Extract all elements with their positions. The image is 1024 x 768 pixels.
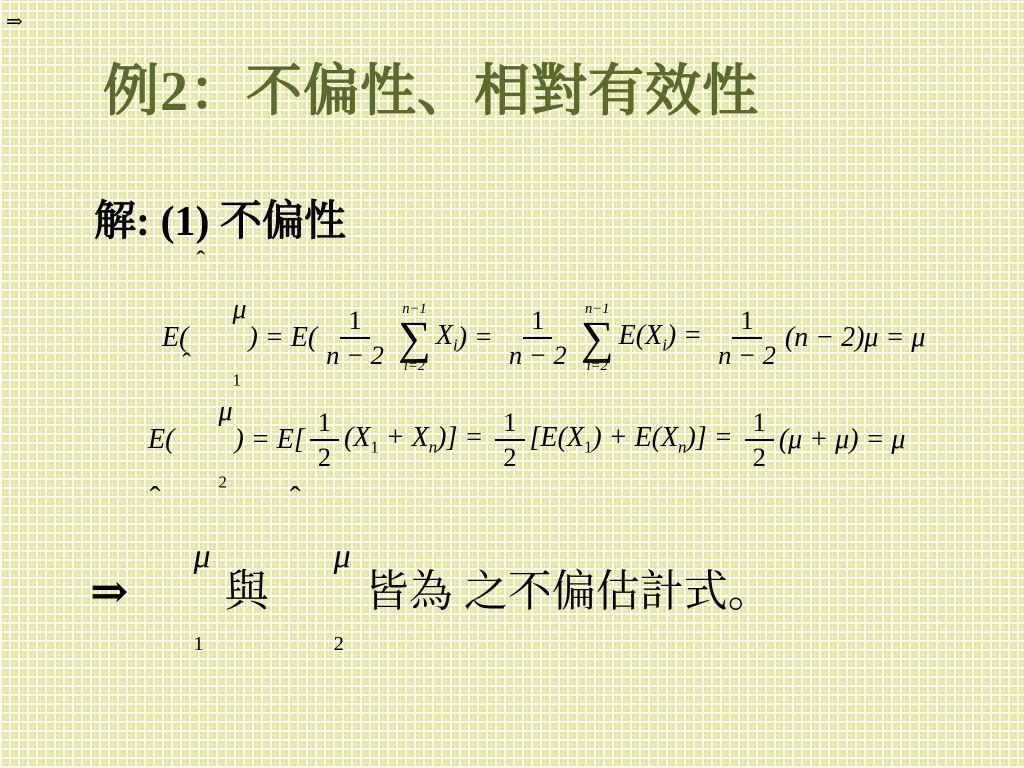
sigma-icon: ∑ [581,317,614,359]
sum-lower-limit: i=2 [404,359,425,374]
mu-symbol: μ [232,294,246,325]
mu-hat-1-symbol: μ ˆ 1 [143,493,211,692]
math-token: )] = [437,422,490,453]
summation-symbol: n−1 ∑ i=2 [581,302,614,374]
math-token: E(X [619,320,663,351]
math-token: ) = [458,323,500,354]
hat-accent-icon: ˆ [182,349,191,376]
X1-plus-Xn-group: (X1 + Xn)] = [344,423,490,456]
conclusion-line: ⇒ μ ˆ 1 與 μ ˆ 2 皆為 之不偏估計式。 [90,556,772,628]
hat-accent-icon: ˆ [290,482,301,514]
subscript: 1 [370,438,378,457]
formula-expectation-mu1: E( μ ˆ 1 ) = E( 1 n − 2 n−1 ∑ i=2 Xi ) =… [162,288,925,388]
math-token: (μ + μ) = μ [779,425,906,456]
fraction-1-over-n-minus-2: 1 n − 2 [505,305,571,370]
slide-canvas: ⇒ 例2：不偏性、相對有效性 解: (1) 不偏性 E( μ ˆ 1 ) = E… [0,0,1024,768]
corner-implies-arrow-icon[interactable]: ⇒ [6,12,23,32]
subscript: n [678,438,686,457]
math-token: ) = E( [249,323,318,354]
fraction-numerator: 1 [745,407,774,441]
math-token: [E(X [530,422,584,453]
solution-heading: 解: (1) 不偏性 [94,198,346,246]
hat-accent-icon: ˆ [196,247,205,274]
fraction-denominator: 2 [749,441,770,473]
fraction-denominator: n − 2 [322,339,388,371]
math-token: + X [379,422,429,453]
fraction-denominator: 2 [499,441,520,473]
math-token: )] = [687,422,740,453]
fraction-numerator: 1 [732,305,761,339]
fraction-denominator: n − 2 [714,339,780,371]
fraction-1-over-n-minus-2: 1 n − 2 [714,305,780,370]
mu-hat-2-symbol: μ ˆ 2 [283,493,351,692]
fraction-1-over-n-minus-2: 1 n − 2 [322,305,388,370]
subscript: 2 [334,633,344,655]
math-token: (X [344,422,370,453]
formula-expectation-mu2: E( μ ˆ 2 ) = E[ 1 2 (X1 + Xn)] = 1 2 [E(… [148,396,905,484]
fraction-one-half: 1 2 [310,407,339,472]
mu-symbol: μ [334,538,351,575]
fraction-numerator: 1 [495,407,524,441]
mu-symbol: μ [194,538,211,575]
fraction-denominator: n − 2 [505,339,571,371]
page-title: 例2：不偏性、相對有效性 [103,60,759,124]
sigma-icon: ∑ [398,317,431,359]
subscript: 1 [194,633,204,655]
conclusion-text: 皆為 之不偏估計式。 [365,568,772,616]
fraction-one-half: 1 2 [495,407,524,472]
math-token: ) + E(X [592,422,678,453]
math-token: E( [148,425,174,456]
X-sub-i-term: Xi [436,321,458,354]
fraction-numerator: 1 [340,305,369,339]
E-of-X-i-term: E(Xi) = [619,321,709,354]
fraction-numerator: 1 [310,407,339,441]
fraction-numerator: 1 [523,305,552,339]
word-and: 與 [225,568,269,616]
fraction-one-half: 1 2 [745,407,774,472]
math-token: ) = E[ [235,425,305,456]
summation-symbol: n−1 ∑ i=2 [398,302,431,374]
implies-arrow-icon: ⇒ [90,567,129,618]
EX1-plus-EXn-group: [E(X1) + E(Xn)] = [530,423,740,456]
subscript: 1 [232,371,240,390]
subscript: n [429,438,437,457]
hat-accent-icon: ˆ [150,482,161,514]
subscript: 2 [218,473,226,492]
math-token: (n − 2)μ = μ [785,323,926,354]
mu-symbol: μ [218,396,232,427]
math-token: ) = [667,320,709,351]
sum-lower-limit: i=2 [587,359,608,374]
X-symbol: X [436,320,453,351]
fraction-denominator: 2 [314,441,335,473]
